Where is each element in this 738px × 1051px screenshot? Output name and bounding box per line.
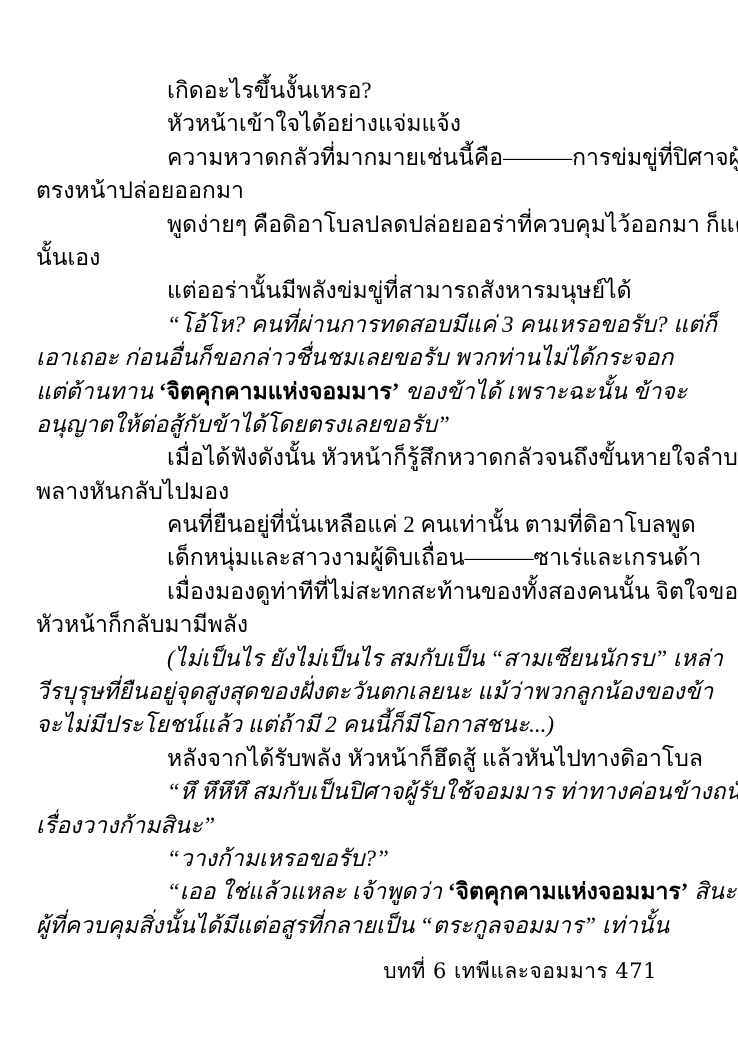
text-line: แต่ออร่านั้นมีพลังข่มขู่ที่สามารถสังหารม… bbox=[36, 274, 704, 307]
text-line-thought: (ไม่เป็นไร ยังไม่เป็นไร สมกับเป็น “สามเซ… bbox=[36, 642, 704, 675]
text-line: เกิดอะไรขึ้นงั้นเหรอ? bbox=[36, 74, 704, 107]
text-line-dialogue: แต่ต้านทาน ‘จิตคุกคามแห่งจอมมาร’ ของข้าไ… bbox=[36, 375, 704, 408]
text-line-dialogue: อนุญาตให้ต่อสู้กับข้าได้โดยตรงเลยขอรับ” bbox=[36, 408, 704, 441]
dialogue-text: แต่ต้านทาน bbox=[36, 379, 159, 404]
text-line-dialogue: ผู้ที่ควบคุมสิ่งนั้นได้มีแต่อสูรที่กลายเ… bbox=[36, 909, 704, 942]
text-line: ตรงหน้าปล่อยออกมา bbox=[36, 174, 704, 207]
text-line-dialogue: “หึ หึหึหึ สมกับเป็นปิศาจผู้รับใช้จอมมาร… bbox=[36, 775, 704, 808]
text-line: เมื่อได้ฟังดังนั้น หัวหน้าก็รู้สึกหวาดกล… bbox=[36, 441, 704, 474]
emphasized-phrase: ‘จิตคุกคามแห่งจอมมาร’ bbox=[448, 879, 689, 904]
dialogue-text: สินะ? bbox=[688, 879, 738, 904]
dialogue-text: “เออ ใช่แล้วแหละ เจ้าพูดว่า bbox=[167, 879, 448, 904]
text-line: หัวหน้าก็กลับมามีพลัง bbox=[36, 608, 704, 641]
text-line-thought: วีรบุรุษที่ยืนอยู่จุดสูงสุดของฝั่งตะวันต… bbox=[36, 675, 704, 708]
text-line: พูดง่ายๆ คือดิอาโบลปลดปล่อยออร่าที่ควบคุ… bbox=[36, 208, 704, 241]
page-footer: บทที่ 6 เทพีและจอมมาร 471 bbox=[0, 955, 657, 988]
text-line-dialogue: “โอ้โห? คนที่ผ่านการทดสอบมีแค่ 3 คนเหรอข… bbox=[36, 308, 704, 341]
book-page: เกิดอะไรขึ้นงั้นเหรอ? หัวหน้าเข้าใจได้อย… bbox=[0, 0, 738, 1051]
text-line: ความหวาดกลัวที่มากมายเช่นนี้คือ———การข่ม… bbox=[36, 141, 704, 174]
text-line-dialogue: เรื่องวางก้ามสินะ” bbox=[36, 809, 704, 842]
emphasized-phrase: ‘จิตคุกคามแห่งจอมมาร’ bbox=[159, 379, 400, 404]
text-line: พลางหันกลับไปมอง bbox=[36, 475, 704, 508]
dialogue-text: ของข้าได้ เพราะฉะนั้น ข้าจะ bbox=[400, 379, 688, 404]
text-line: หัวหน้าเข้าใจได้อย่างแจ่มแจ้ง bbox=[36, 107, 704, 140]
text-line-dialogue: เอาเถอะ ก่อนอื่นก็ขอกล่าวชื่นชมเลยขอรับ … bbox=[36, 341, 704, 374]
body-text: เกิดอะไรขึ้นงั้นเหรอ? หัวหน้าเข้าใจได้อย… bbox=[36, 74, 704, 942]
text-line: เมื่องมองดูท่าทีที่ไม่สะทกสะท้านของทั้งส… bbox=[36, 575, 704, 608]
text-line-thought: จะไม่มีประโยชน์แล้ว แต่ถ้ามี 2 คนนี้ก็มี… bbox=[36, 708, 704, 741]
text-line: หลังจากได้รับพลัง หัวหน้าก็ฮึดสู้ แล้วหั… bbox=[36, 742, 704, 775]
text-line-dialogue: “เออ ใช่แล้วแหละ เจ้าพูดว่า ‘จิตคุกคามแห… bbox=[36, 875, 704, 908]
text-line-dialogue: “วางก้ามเหรอขอรับ?” bbox=[36, 842, 704, 875]
text-line: เด็กหนุ่มและสาวงามผู้ดิบเถื่อน———ซาเร่แล… bbox=[36, 541, 704, 574]
text-line: นั้นเอง bbox=[36, 241, 704, 274]
text-line: คนที่ยืนอยู่ที่นั่นเหลือแค่ 2 คนเท่านั้น… bbox=[36, 508, 704, 541]
